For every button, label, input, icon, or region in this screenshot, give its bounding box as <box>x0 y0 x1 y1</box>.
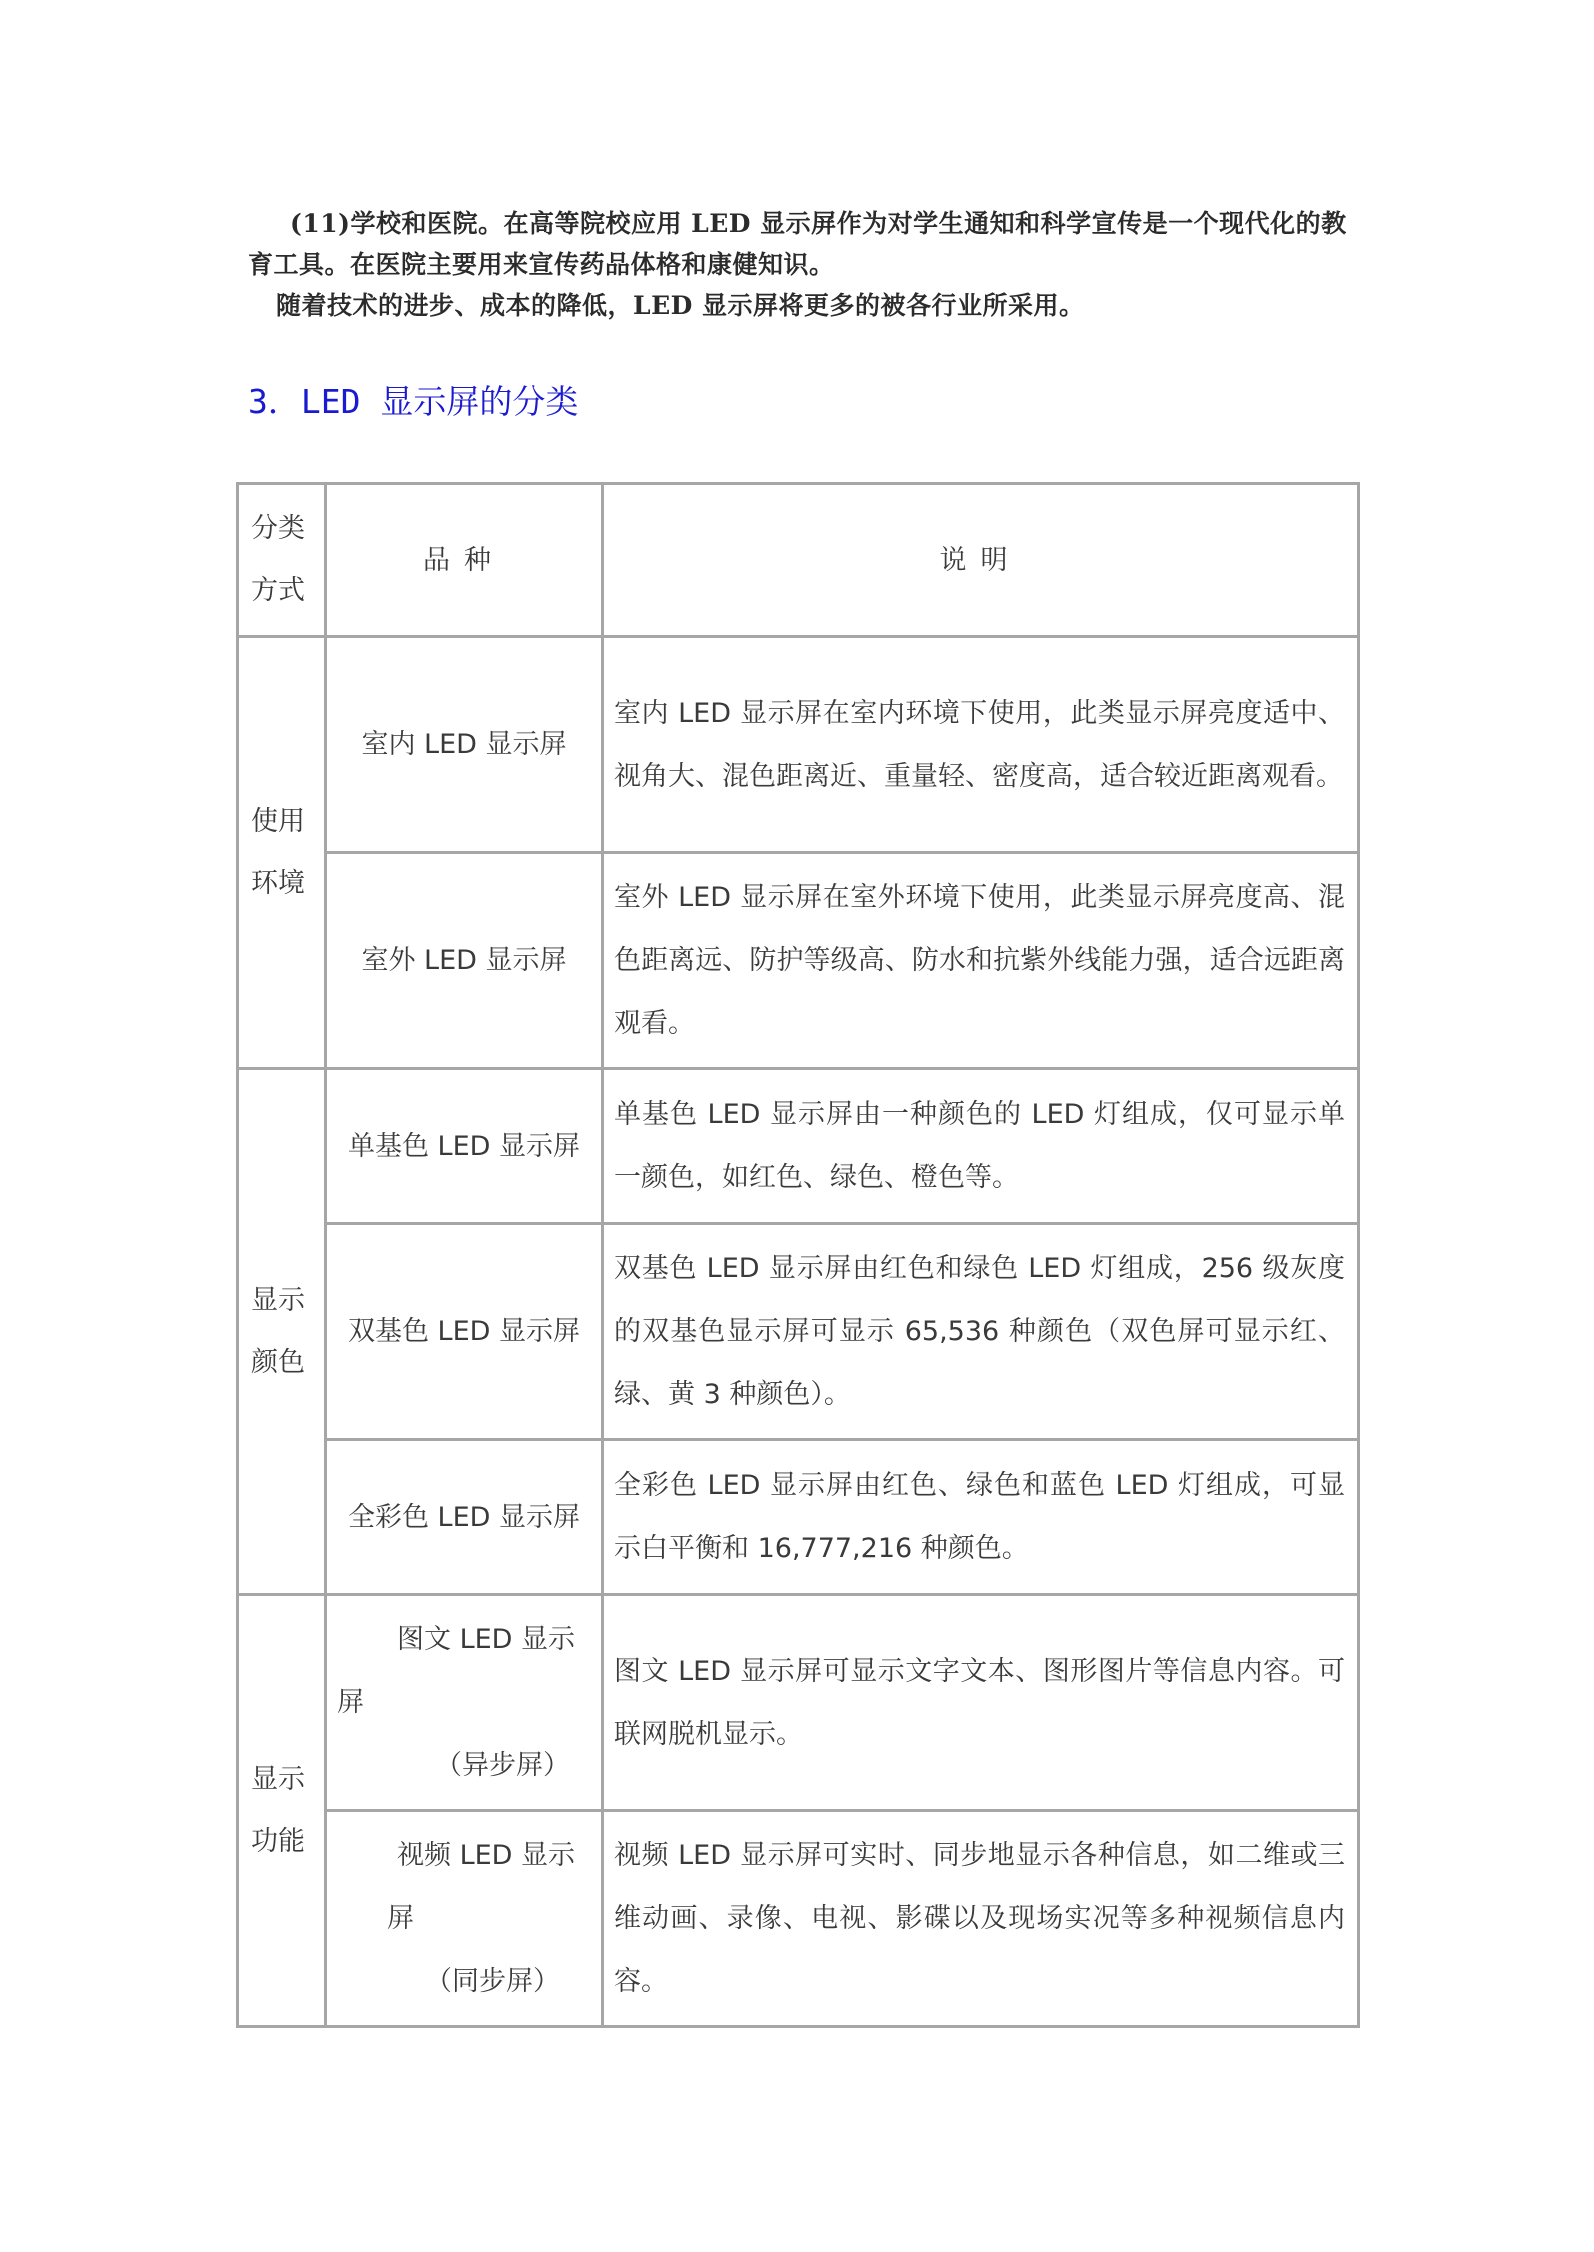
variety-line: 图文 LED 显示 <box>337 1608 601 1671</box>
variety-cell: 单基色 LED 显示屏 <box>326 1069 603 1224</box>
variety-line: 屏 <box>337 1671 601 1734</box>
variety-line: 视频 LED 显示 <box>337 1824 601 1887</box>
table-row: 视频 LED 显示 屏 （同步屏） 视频 LED 显示屏可实时、同步地显示各种信… <box>238 1811 1359 2027</box>
paragraph-schools-hospitals: (11)学校和医院。在高等院校应用 LED 显示屏作为对学生通知和科学宣传是一个… <box>248 203 1358 285</box>
table-header-row: 分类方式 品种 说明 <box>238 484 1359 637</box>
description-cell: 室外 LED 显示屏在室外环境下使用，此类显示屏亮度高、混色距离远、防护等级高、… <box>603 853 1359 1069</box>
heading-text: 显示屏的分类 <box>380 382 578 421</box>
category-environment: 使用环境 <box>238 637 326 1069</box>
description-cell: 图文 LED 显示屏可显示文字文本、图形图片等信息内容。可联网脱机显示。 <box>603 1595 1359 1811</box>
variety-cell: 室内 LED 显示屏 <box>326 637 603 853</box>
variety-cell: 视频 LED 显示 屏 （同步屏） <box>326 1811 603 2027</box>
table-row: 显示功能 图文 LED 显示 屏 （异步屏） 图文 LED 显示屏可显示文字文本… <box>238 1595 1359 1811</box>
description-cell: 单基色 LED 显示屏由一种颜色的 LED 灯组成，仅可显示单一颜色，如红色、绿… <box>603 1069 1359 1224</box>
header-category: 分类方式 <box>238 484 326 637</box>
table-row: 双基色 LED 显示屏 双基色 LED 显示屏由红色和绿色 LED 灯组成，25… <box>238 1224 1359 1440</box>
description-cell: 双基色 LED 显示屏由红色和绿色 LED 灯组成，256 级灰度的双基色显示屏… <box>603 1224 1359 1440</box>
description-cell: 全彩色 LED 显示屏由红色、绿色和蓝色 LED 灯组成，可显示白平衡和 16,… <box>603 1440 1359 1595</box>
description-cell: 视频 LED 显示屏可实时、同步地显示各种信息，如二维或三维动画、录像、电视、影… <box>603 1811 1359 2027</box>
classification-table: 分类方式 品种 说明 使用环境 室内 LED 显示屏 室内 LED 显示屏在室内… <box>236 482 1360 2028</box>
paragraph-conclusion: 随着技术的进步、成本的降低，LED 显示屏将更多的被各行业所采用。 <box>276 285 1386 326</box>
description-cell: 室内 LED 显示屏在室内环境下使用，此类显示屏亮度适中、视角大、混色距离近、重… <box>603 637 1359 853</box>
category-color: 显示颜色 <box>238 1069 326 1595</box>
table-row: 室外 LED 显示屏 室外 LED 显示屏在室外环境下使用，此类显示屏亮度高、混… <box>238 853 1359 1069</box>
variety-subtitle: （异步屏） <box>337 1734 601 1797</box>
variety-cell: 双基色 LED 显示屏 <box>326 1224 603 1440</box>
section-heading: 3．LED 显示屏的分类 <box>248 376 578 423</box>
header-variety: 品种 <box>326 484 603 637</box>
variety-cell: 全彩色 LED 显示屏 <box>326 1440 603 1595</box>
heading-number: 3．LED <box>248 382 380 421</box>
table-row: 全彩色 LED 显示屏 全彩色 LED 显示屏由红色、绿色和蓝色 LED 灯组成… <box>238 1440 1359 1595</box>
variety-line: 屏 <box>337 1887 601 1950</box>
variety-cell: 室外 LED 显示屏 <box>326 853 603 1069</box>
header-description: 说明 <box>603 484 1359 637</box>
table-row: 显示颜色 单基色 LED 显示屏 单基色 LED 显示屏由一种颜色的 LED 灯… <box>238 1069 1359 1224</box>
variety-subtitle: （同步屏） <box>337 1950 601 2013</box>
table-row: 使用环境 室内 LED 显示屏 室内 LED 显示屏在室内环境下使用，此类显示屏… <box>238 637 1359 853</box>
category-function: 显示功能 <box>238 1595 326 2027</box>
variety-cell: 图文 LED 显示 屏 （异步屏） <box>326 1595 603 1811</box>
